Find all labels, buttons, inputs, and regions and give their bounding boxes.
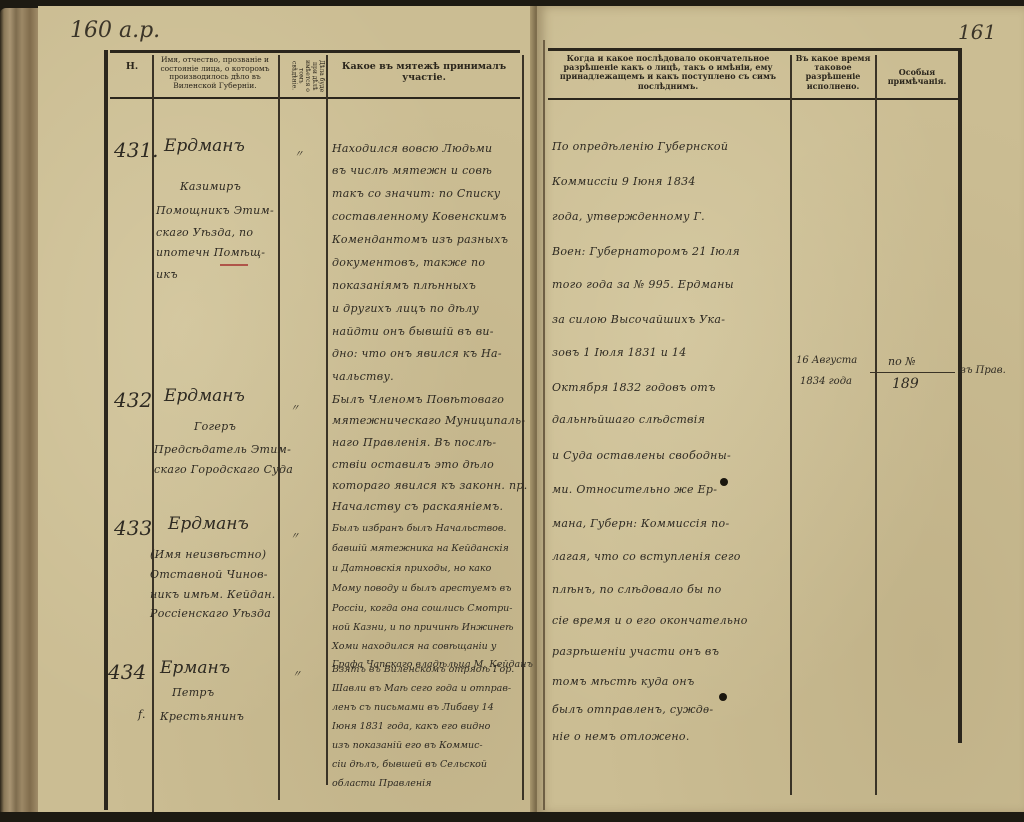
resolution-line: лагая, что со вступленія сего bbox=[552, 550, 741, 563]
header-narrow: Дѣла буде при дѣлѣ имѣется о томъ свѣдѣн… bbox=[280, 56, 324, 96]
participation-line: и другихъ лицъ по дѣлу bbox=[332, 302, 479, 315]
col-divider-1 bbox=[152, 55, 154, 815]
red-underline bbox=[220, 264, 248, 266]
participation-line: наго Правленія. Въ послѣ- bbox=[332, 436, 496, 449]
entry-detail: Крестьянинъ bbox=[160, 710, 244, 723]
resolution-line: того года за № 995. Ердманы bbox=[552, 278, 734, 291]
ref-separator bbox=[870, 372, 955, 373]
header-remarks: Особыя примѣчанія. bbox=[877, 68, 957, 86]
resolution-line: разрѣшеніи участи онъ въ bbox=[552, 645, 719, 658]
entry-number: 431. bbox=[114, 138, 159, 162]
resolution-line: Коммиссіи 9 Іюня 1834 bbox=[552, 175, 696, 188]
resolution-line: ми. Относительно же Ер- bbox=[552, 483, 717, 496]
header-participation: Какое въ мятежѣ принималъ участіе. bbox=[328, 62, 520, 84]
entry-surname: Ердманъ bbox=[168, 514, 249, 534]
participation-line: Былъ избранъ былъ Начальствов. bbox=[332, 523, 506, 534]
entry-detail: Предсѣдатель Этим- bbox=[154, 443, 291, 456]
executed-date-line: 16 Августа bbox=[796, 355, 857, 366]
right-header-top-rule bbox=[548, 48, 960, 51]
entry-number: 434 bbox=[108, 660, 146, 684]
resolution-line: за силою Высочайшихъ Ука- bbox=[552, 313, 725, 326]
narrow-mark: 〃 bbox=[294, 146, 304, 160]
right-margin-line bbox=[543, 40, 545, 810]
resolution-line: ніе о немъ отложено. bbox=[552, 730, 690, 743]
col-divider-5 bbox=[790, 55, 792, 795]
participation-line: Хоми находился на совѣщаніи у bbox=[332, 641, 496, 652]
participation-line: области Правленія bbox=[332, 778, 432, 789]
resolution-line: сіе время и о его окончательно bbox=[552, 614, 748, 627]
entry-detail: скаго Городскаго Суда bbox=[154, 463, 293, 476]
participation-line: ствіи оставилъ это дѣло bbox=[332, 458, 494, 471]
col-divider-2 bbox=[278, 55, 280, 800]
participation-line: Находился вовсю Людьми bbox=[332, 142, 492, 155]
col-divider-6 bbox=[875, 55, 877, 795]
narrow-mark: 〃 bbox=[290, 400, 300, 414]
left-margin-line bbox=[104, 50, 108, 810]
participation-line: документовъ, также по bbox=[332, 256, 485, 269]
resolution-line: былъ отправленъ, суждѳ- bbox=[552, 703, 713, 716]
entry-surname: Ерманъ bbox=[160, 658, 230, 678]
left-page-number: 160 а.р. bbox=[70, 18, 160, 43]
resolution-line: плѣнъ, по слѣдовало бы по bbox=[552, 583, 722, 596]
executed-ref-line: 189 bbox=[892, 376, 919, 392]
participation-line: ной Казни, и по причинѣ Инжинеѣ bbox=[332, 622, 513, 633]
entry-surname: Ердманъ bbox=[164, 386, 245, 406]
header-number: Н. bbox=[112, 62, 152, 73]
scan-bottom-edge bbox=[0, 812, 1024, 822]
participation-line: Іюня 1831 года, какъ его видно bbox=[332, 721, 490, 732]
entry-detail: (Имя неизвѣстно) bbox=[150, 548, 266, 561]
entry-detail: Россіенскаго Уѣзда bbox=[150, 607, 271, 620]
participation-line: Мому поводу и былъ арестуемъ въ bbox=[332, 583, 511, 594]
side-mark: f. bbox=[138, 708, 146, 721]
entry-detail: ипотечн Помѣщ- bbox=[156, 246, 265, 259]
participation-line: найдти онъ бывшій въ ви- bbox=[332, 325, 494, 338]
left-header-top-rule bbox=[110, 50, 520, 53]
right-page-number: 161 bbox=[958, 20, 996, 44]
resolution-line: года, утвержденному Г. bbox=[552, 210, 705, 223]
participation-line: составленному Ковенскимъ bbox=[332, 210, 507, 223]
narrow-mark: 〃 bbox=[290, 528, 300, 542]
entry-detail: Гогеръ bbox=[194, 420, 236, 433]
participation-line: Былъ Членомъ Повѣтоваго bbox=[332, 393, 504, 406]
header-resolution: Когда и какое послѣдовало окончательное … bbox=[548, 54, 788, 91]
entry-detail: никъ имѣм. Кейдан. bbox=[150, 588, 276, 601]
executed-ref-line: по № bbox=[888, 355, 916, 368]
participation-line: Россіи, когда она сошлись Смотри- bbox=[332, 603, 513, 614]
participation-line: сіи дѣлъ, бывшей въ Сельской bbox=[332, 759, 487, 770]
resolution-line: и Суда оставлены свободны- bbox=[552, 449, 731, 462]
right-page bbox=[537, 6, 1024, 814]
entry-detail: Отставной Чинов- bbox=[150, 568, 268, 581]
participation-line: Шавли въ Маѣ сего года и отправ- bbox=[332, 683, 511, 694]
participation-line: ленъ съ письмами въ Либаву 14 bbox=[332, 702, 494, 713]
resolution-line: Воен: Губернаторомъ 21 Іюля bbox=[552, 245, 740, 258]
participation-line: Комендантомъ изъ разныхъ bbox=[332, 233, 508, 246]
executed-date-line: 1834 года bbox=[800, 376, 852, 387]
participation-line: Началству съ раскаяніемъ. bbox=[332, 500, 503, 513]
entry-detail: Петръ bbox=[172, 686, 214, 699]
header-executed: Въ какое время таковое разрѣшеніе исполн… bbox=[792, 54, 874, 91]
col-divider-4 bbox=[522, 55, 524, 800]
paper-hole bbox=[720, 478, 728, 486]
participation-line: чальству. bbox=[332, 370, 394, 383]
participation-line: мятежническаго Муниципаль- bbox=[332, 414, 525, 427]
participation-line: изъ показаній его въ Коммис- bbox=[332, 740, 483, 751]
participation-line: въ числѣ мятежн и совѣ bbox=[332, 164, 492, 177]
participation-line: Взятъ въ Виленскомъ отрядѣ Гор. bbox=[332, 664, 514, 675]
resolution-line: дальнѣйшаго слѣдствія bbox=[552, 413, 705, 426]
resolution-line: Октября 1832 годовъ отъ bbox=[552, 381, 716, 394]
entry-detail: икъ bbox=[156, 268, 178, 281]
resolution-line: мана, Губерн: Коммиссія по- bbox=[552, 517, 729, 530]
header-name: Имя, отчество, прозваніе и состояніе лиц… bbox=[154, 56, 276, 91]
entry-surname: Ердманъ bbox=[164, 136, 245, 156]
paper-hole bbox=[719, 693, 727, 701]
participation-line: такъ со значит: по Списку bbox=[332, 187, 500, 200]
participation-line: котораго явился къ законн. пр. bbox=[332, 479, 528, 492]
resolution-line: зовъ 1 Іюля 1831 и 14 bbox=[552, 346, 687, 359]
resolution-line: По опредѣленію Губернской bbox=[552, 140, 728, 153]
participation-line: показаніямъ плѣнныхъ bbox=[332, 279, 476, 292]
entry-detail: Помощникъ Этим- bbox=[156, 204, 274, 217]
entry-number: 432 bbox=[114, 388, 152, 412]
entry-number: 433 bbox=[114, 516, 152, 540]
resolution-line: томъ мѣстѣ куда онъ bbox=[552, 675, 695, 688]
right-border-line bbox=[958, 48, 962, 743]
narrow-mark: 〃 bbox=[292, 666, 302, 680]
col-divider-3 bbox=[326, 55, 328, 785]
participation-line: бавшій мятежника на Кейданскія bbox=[332, 543, 509, 554]
right-header-bottom-rule bbox=[548, 98, 958, 100]
participation-line: дно: что онъ явился къ На- bbox=[332, 347, 502, 360]
entry-detail: скаго Уѣзда, по bbox=[156, 226, 253, 239]
left-header-bottom-rule bbox=[110, 97, 520, 99]
remarks-mark: въ Прав. bbox=[960, 365, 1006, 376]
entry-detail: Казимиръ bbox=[180, 180, 241, 193]
participation-line: и Датновскія приходы, но како bbox=[332, 563, 491, 574]
